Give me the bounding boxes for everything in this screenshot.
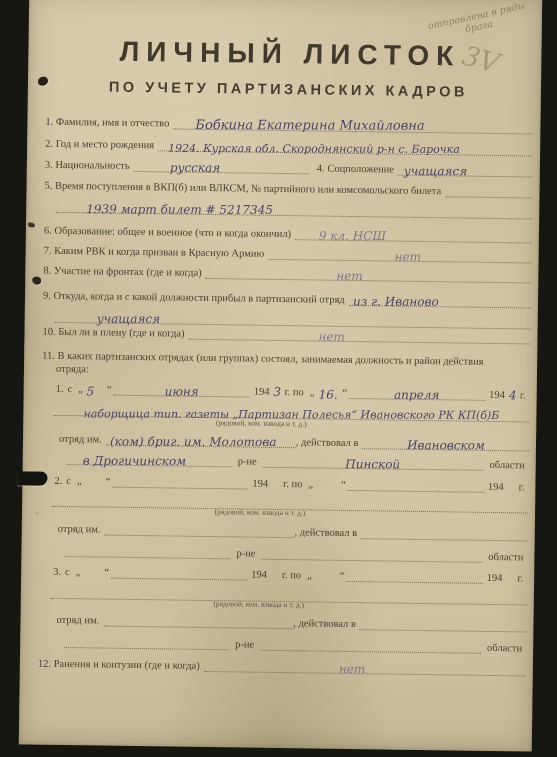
answer-line: учащаяся xyxy=(398,157,533,178)
printed-text: отряд им. xyxy=(59,434,106,446)
printed-text: “ xyxy=(104,477,113,488)
handwritten-year: 3 xyxy=(273,385,284,399)
printed-text: с xyxy=(68,384,77,395)
handwritten-region: Пинской xyxy=(346,457,401,471)
answer-line: апреля xyxy=(349,380,485,401)
answer-line xyxy=(111,560,247,581)
printed-text: г. xyxy=(517,573,527,584)
handwritten-year: 4 xyxy=(509,388,520,402)
printed-text: “ xyxy=(105,385,114,396)
paper-speck xyxy=(28,222,35,227)
answer-line xyxy=(103,608,293,630)
field-label: 1. Фамилия, имя и отчество xyxy=(45,117,173,130)
handwritten-value: из г. Иваново xyxy=(353,294,439,308)
day-slot xyxy=(315,472,339,490)
field-row-5-answer: 1939 март билет # 5217345 xyxy=(56,195,532,220)
answer-line xyxy=(360,611,527,632)
field-row-1: 1. Фамилия, имя и отчество Бобкина Екате… xyxy=(45,110,533,135)
answer-line: 9 кл. НСШ xyxy=(295,221,532,243)
day-slot xyxy=(82,560,102,578)
printed-text: 194 xyxy=(483,573,507,584)
printed-text: “ xyxy=(340,388,349,399)
day-slot: 16. xyxy=(316,381,340,399)
printed-text: “ xyxy=(338,571,347,582)
handwritten-value: нет xyxy=(336,269,362,283)
printed-text: „ xyxy=(308,387,317,398)
answer-line: Пинской xyxy=(263,449,484,471)
handwritten-value: нет xyxy=(339,662,365,676)
service-entry-otryad: отряд им. , действовал в xyxy=(58,517,528,542)
answer-line: 1924. Курская обл. Скороднянский р-н с. … xyxy=(158,132,533,156)
service-entry-otryad: отряд им. , действовал в xyxy=(56,608,526,633)
field-row-12: 12. Ранения и контузии (где и когда) нет xyxy=(38,652,526,677)
handwritten-value: Бобкина Екатерина Михайловна xyxy=(195,118,424,134)
document-scan: отправлена в ряды брага 3V ЛИЧНЫЙ ЛИСТОК… xyxy=(0,0,557,757)
printed-text: 194 xyxy=(250,387,274,398)
field-label: 7. Каким РВК и когда призван в Красную А… xyxy=(44,246,269,260)
printed-text: , действовал в xyxy=(293,618,360,630)
printed-text: 194 xyxy=(485,390,509,401)
printed-text: р-не xyxy=(232,456,263,467)
printed-text: г. xyxy=(519,482,529,493)
service-entry-region: р-не области xyxy=(64,630,526,654)
printed-text: „ xyxy=(75,476,84,487)
answer-line: из г. Иваново xyxy=(349,287,532,309)
printed-text: г. по xyxy=(282,570,305,581)
answer-line: нет xyxy=(268,241,532,264)
answer-line: Ивановском xyxy=(362,430,529,451)
printed-text: 194 xyxy=(247,570,271,581)
answer-line: в Дрогичинском xyxy=(67,446,232,467)
printed-text: области xyxy=(481,643,526,655)
handwritten-area2: в Дрогичинском xyxy=(83,454,186,468)
printed-text: отряд им. xyxy=(56,615,103,627)
answer-line: нет xyxy=(204,653,526,676)
answer-line xyxy=(112,469,248,490)
printed-text: “ xyxy=(339,480,348,491)
printed-text: г. по xyxy=(283,479,306,490)
field-label: 12. Ранения и контузии (где и когда) xyxy=(38,659,204,672)
answer-line xyxy=(348,472,484,493)
printed-text: „ xyxy=(74,567,83,578)
printed-text: р-не xyxy=(230,548,261,559)
field-label: 8. Участие на фронтах (где и когда) xyxy=(43,266,206,279)
field-label: 10. Был ли в плену (где и когда) xyxy=(42,327,188,340)
printed-text: р-не xyxy=(229,639,260,650)
day-slot: 5 xyxy=(85,377,105,395)
answer-line xyxy=(64,629,229,650)
printed-text: „ xyxy=(306,479,315,490)
printed-text: с xyxy=(66,476,75,487)
field-label: 4. Соцположение xyxy=(309,163,398,175)
day-slot xyxy=(84,469,104,487)
printed-text: 194 xyxy=(248,479,272,490)
handwritten-value: 1939 март билет # 5217345 xyxy=(86,202,273,217)
answer-line: Бобкина Екатерина Михайловна xyxy=(173,110,533,134)
service-entry-region: в Дрогичинском р-не Пинской области xyxy=(67,447,529,471)
entry-number: 3. xyxy=(53,567,65,578)
paper-sheet: отправлена в ряды брага 3V ЛИЧНЫЙ ЛИСТОК… xyxy=(19,0,542,752)
entry-number: 1. xyxy=(56,384,68,395)
printed-text: г. xyxy=(520,390,530,401)
answer-line xyxy=(261,541,482,563)
punch-hole xyxy=(32,277,41,285)
answer-line xyxy=(260,632,481,654)
printed-text: отряд им. xyxy=(58,524,105,536)
answer-line xyxy=(445,178,533,198)
field-label: 2. Год и место рождения xyxy=(45,139,158,152)
entry-number: 2. xyxy=(54,476,66,487)
handwritten-day: 5 xyxy=(87,384,95,398)
printed-text: с xyxy=(65,567,74,578)
answer-line: июня xyxy=(114,377,250,398)
field-label: 3. Национальность xyxy=(45,160,134,172)
answer-line xyxy=(346,563,482,584)
answer-line: 1939 март билет # 5217345 xyxy=(56,194,532,220)
field-label: 6. Образование: общее и военное (что и к… xyxy=(44,226,295,241)
answer-line: нет xyxy=(188,321,530,345)
handwritten-month: июня xyxy=(165,385,199,399)
handwritten-month: апреля xyxy=(394,388,439,402)
handwritten-value: учащаяся xyxy=(404,164,467,178)
answer-line xyxy=(361,520,528,541)
printed-text: „ xyxy=(305,570,314,581)
printed-text: области xyxy=(482,552,527,564)
printed-text: 194 xyxy=(484,482,508,493)
printed-text: области xyxy=(484,460,529,472)
answer-line: (ком) бриг. им. Молотова xyxy=(106,427,296,449)
answer-line xyxy=(104,517,294,539)
printed-text: , действовал в xyxy=(294,527,361,539)
paper-speck xyxy=(35,512,39,515)
handwritten-value: русская xyxy=(170,161,220,175)
printed-text: “ xyxy=(102,568,111,579)
form-body: 1. Фамилия, имя и отчество Бобкина Екате… xyxy=(37,0,535,751)
printed-text: , действовал в xyxy=(296,437,363,449)
day-slot xyxy=(314,563,338,581)
handwritten-value: нет xyxy=(318,330,344,344)
answer-line: нет xyxy=(206,260,532,284)
answer-line xyxy=(65,538,230,559)
printed-text: г. по xyxy=(284,387,307,398)
answer-line: русская xyxy=(134,153,310,174)
printed-text: „ xyxy=(76,384,85,395)
